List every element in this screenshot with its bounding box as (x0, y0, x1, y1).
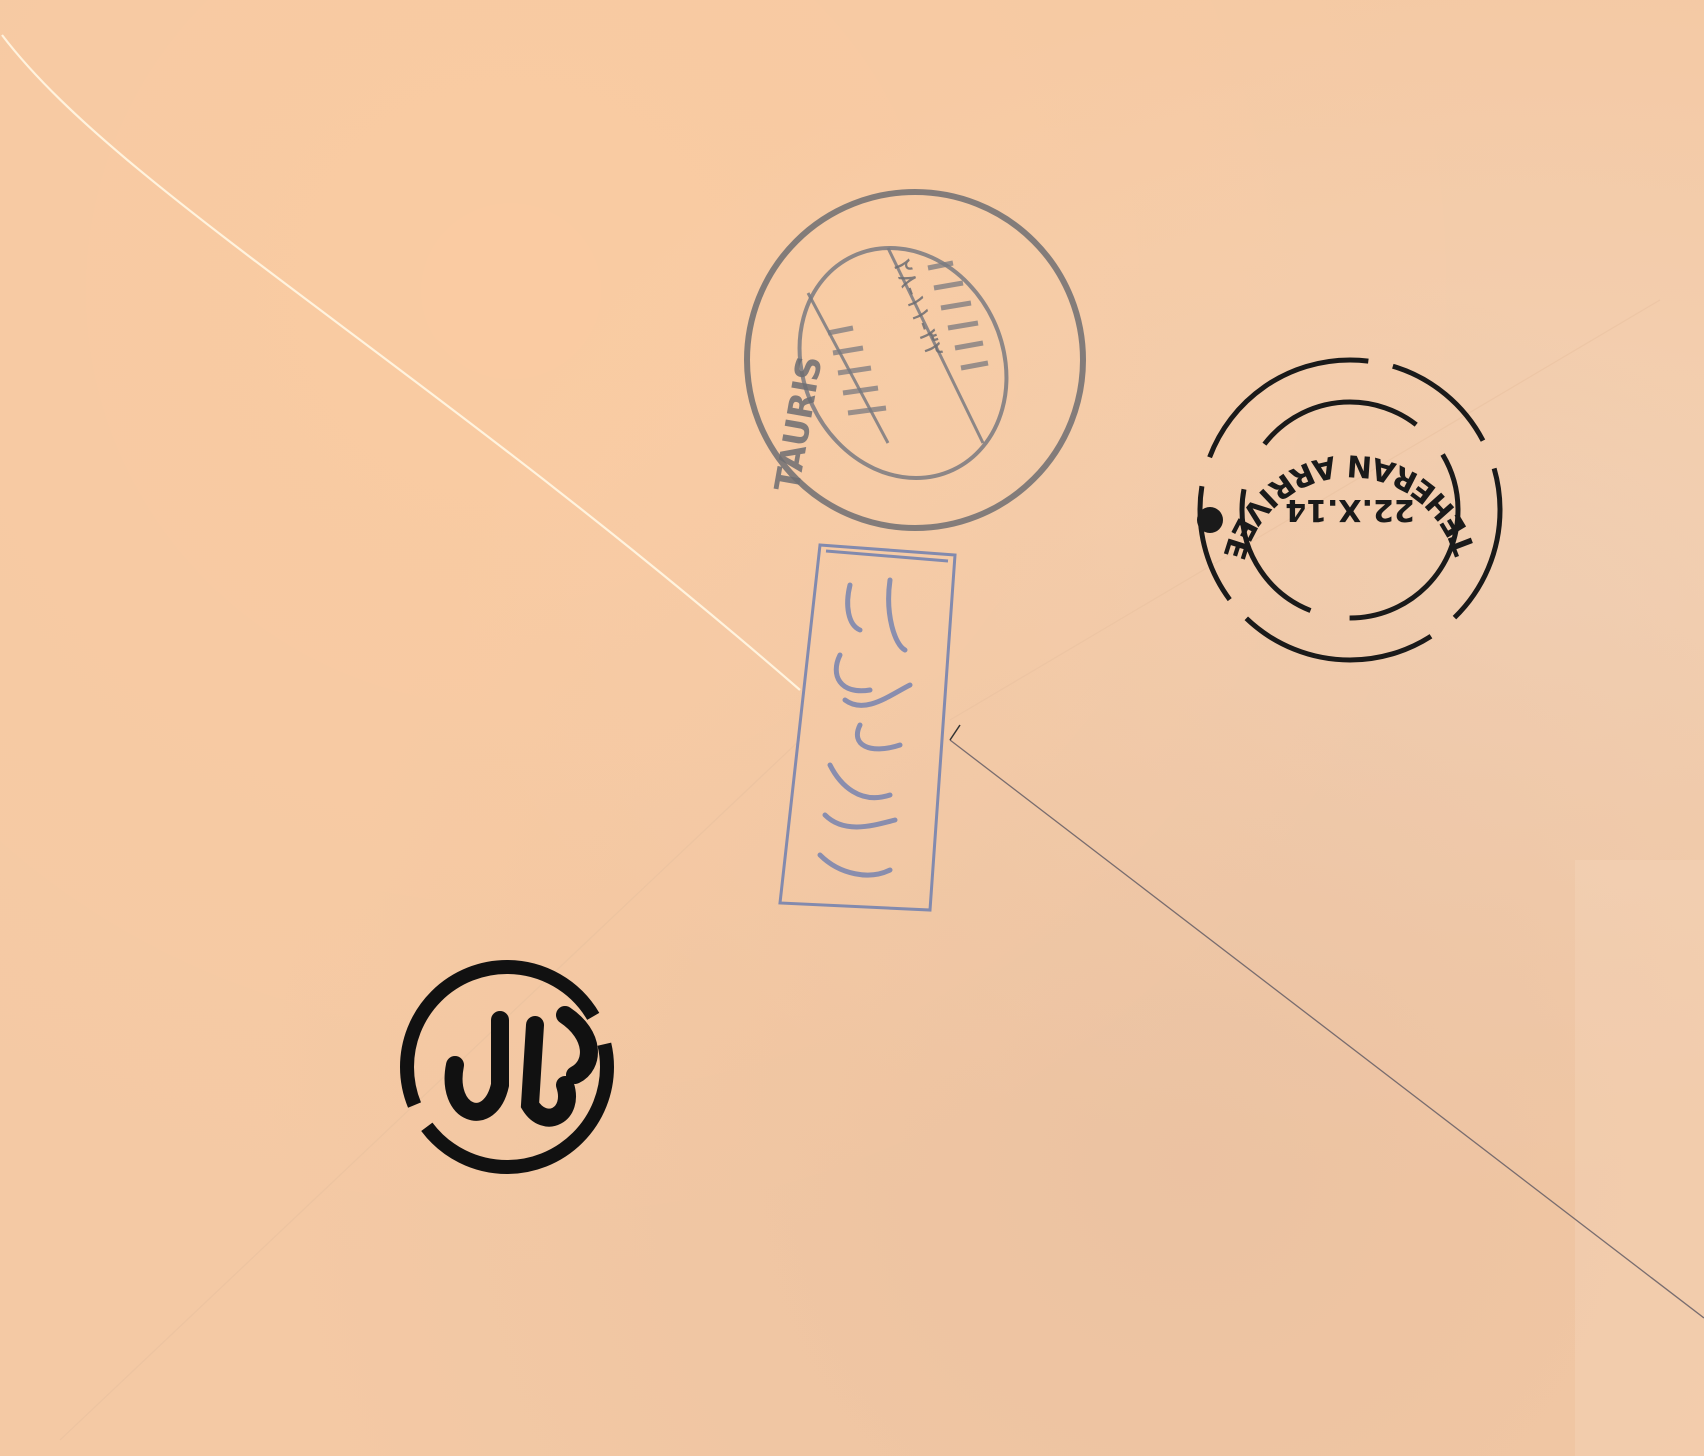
registry-box-stamp (770, 535, 970, 920)
envelope-back: TAURIS ۲۸-۱۱-۳۲ 22.X.14 TEHERAN ARRIVEE (0, 0, 1704, 1456)
teheran-arrival-date: 22.X.14 (1285, 492, 1414, 527)
persian-seal (395, 955, 625, 1180)
teheran-arrival-postmark: 22.X.14 TEHERAN ARRIVEE (1160, 345, 1540, 675)
tabriz-postmark-date: ۲۸-۱۱-۳۲ (886, 255, 949, 362)
tabriz-postmark: TAURIS ۲۸-۱۱-۳۲ (738, 183, 1093, 538)
